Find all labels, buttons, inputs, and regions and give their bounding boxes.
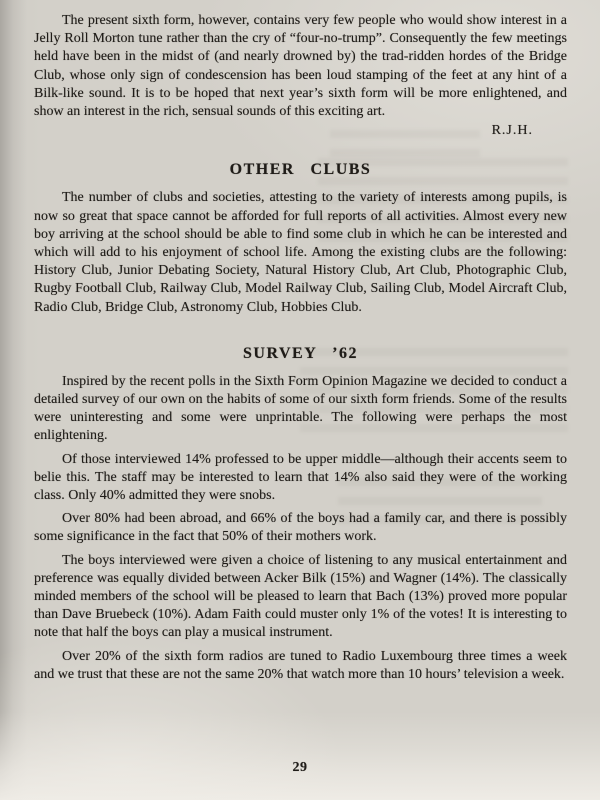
author-initials: R.J.H.: [34, 122, 533, 140]
survey-paragraph-class: Of those interviewed 14% professed to be…: [34, 451, 567, 506]
section-heading-other-clubs: OTHER CLUBS: [34, 160, 567, 180]
survey-paragraph-music: The boys interviewed were given a choice…: [34, 552, 567, 643]
scanned-magazine-page: The present sixth form, however, contain…: [0, 0, 600, 800]
survey-paragraph-radio: Over 20% of the sixth form radios are tu…: [34, 648, 567, 684]
page-text-column: The present sixth form, however, contain…: [34, 12, 567, 684]
survey-paragraph-intro: Inspired by the recent polls in the Sixt…: [34, 373, 567, 446]
section-heading-survey-62: SURVEY ’62: [34, 344, 567, 364]
other-clubs-paragraph: The number of clubs and societies, attes…: [34, 189, 567, 316]
survey-paragraph-abroad: Over 80% had been abroad, and 66% of the…: [34, 510, 567, 546]
intro-paragraph: The present sixth form, however, contain…: [34, 12, 567, 121]
page-number: 29: [0, 760, 600, 776]
